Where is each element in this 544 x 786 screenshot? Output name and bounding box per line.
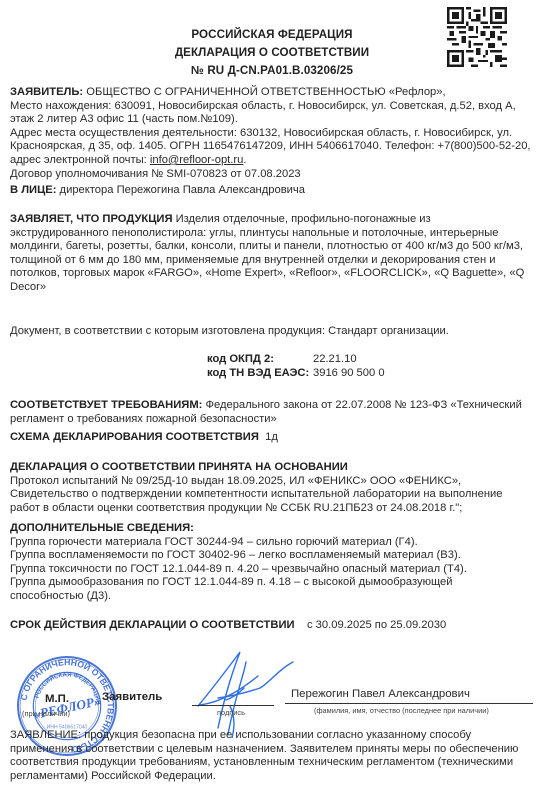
activity-address-line: Адрес места осуществления деятельности: … [10, 127, 540, 141]
person-label: В ЛИЦЕ: [10, 184, 56, 196]
registration-line: Красноярская, д 35, оф. 1405. ОГРН 11654… [10, 140, 540, 154]
basis-line: Свидетельство о подтверждении компетентн… [10, 488, 540, 502]
mp-note: (при наличии) [22, 709, 70, 718]
statement-line: ЗАЯВЛЕНИЕ: продукция безопасна при ее ис… [10, 729, 540, 743]
contract-line: Договор уполномочивания № SMI-070823 от … [10, 168, 540, 182]
requirements-label: СООТВЕТСТВУЕТ ТРЕБОВАНИЯМ: [10, 399, 202, 411]
requirements-text-line: регламент о требованиях пожарной безопас… [10, 413, 540, 427]
additional-line: способностью (Д3). [10, 590, 540, 604]
product-section: ЗАЯВЛЯЕТ, ЧТО ПРОДУКЦИЯ Изделия отделочн… [10, 213, 540, 295]
applicant-signature-label: Заявитель [102, 691, 162, 705]
person-name: директора Пережогина Павла Александрович… [56, 184, 305, 196]
product-description-line: Decor» [10, 281, 540, 295]
signatory-full-name: Пережогин Павел Александрович [291, 688, 470, 702]
applicant-address-line: Место нахождения: 630091, Новосибирская … [10, 100, 540, 114]
additional-label: ДОПОЛНИТЕЛЬНЫЕ СВЕДЕНИЯ: [10, 522, 540, 536]
product-description: Изделия отделочные, профильно-погонажные… [173, 213, 431, 225]
code-label: код ТН ВЭД ЕАЭС: [207, 367, 313, 381]
requirements-text: Федерального закона от 22.07.2008 № 123-… [202, 399, 521, 411]
code-value: 22.21.10 [313, 353, 357, 367]
signature-line [192, 705, 274, 706]
applicant-section: ЗАЯВИТЕЛЬ: ОБЩЕСТВО С ОГРАНИЧЕННОЙ ОТВЕТ… [10, 86, 540, 198]
additional-section: ДОПОЛНИТЕЛЬНЫЕ СВЕДЕНИЯ: Группа горючест… [10, 522, 540, 604]
qr-code-icon [447, 6, 507, 68]
requirements-section: СООТВЕТСТВУЕТ ТРЕБОВАНИЯМ: Федерального … [10, 399, 540, 426]
validity-section: СРОК ДЕЙСТВИЯ ДЕКЛАРАЦИИ О СООТВЕТСТВИИ … [10, 619, 540, 633]
validity-label: СРОК ДЕЙСТВИЯ ДЕКЛАРАЦИИ О СООТВЕТСТВИИ [10, 619, 295, 631]
additional-line: Группа воспламеняемости по ГОСТ 30402-96… [10, 549, 540, 563]
statement-line: соответствия продукции требованиям, уста… [10, 756, 540, 770]
basis-section: ДЕКЛАРАЦИЯ О СООТВЕТСТВИИ ПРИНЯТА НА ОСН… [10, 461, 540, 515]
applicant-name: ОБЩЕСТВО С ОГРАНИЧЕННОЙ ОТВЕТСТВЕННОСТЬЮ… [83, 86, 445, 98]
classification-codes: код ОКПД 2: 22.21.10 код ТН ВЭД ЕАЭС: 39… [207, 353, 385, 380]
name-caption: (фамилия, имя, отчество (последнее при н… [314, 706, 489, 715]
code-value: 3916 90 500 0 [313, 367, 385, 381]
basis-line: работ в области оценки соответствия прод… [10, 502, 540, 516]
product-description-line: потолков, торговых марок «FARGO», «Home … [10, 267, 540, 281]
email-link[interactable]: info@refloor-opt.ru [150, 154, 243, 166]
product-description-line: экструдированного пенополистирола: углы,… [10, 227, 540, 241]
signature-caption: подпись [217, 708, 245, 717]
document-basis-line: Документ, в соответствии с которым изгот… [10, 325, 540, 339]
scheme-section: СХЕМА ДЕКЛАРИРОВАНИЯ СООТВЕТСТВИЯ 1д [10, 431, 540, 445]
applicant-address-line: этаж 2 литер А3 офис 11 (часть пом.№109)… [10, 113, 540, 127]
basis-line: Протокол испытаний № 09/25Д-10 выдан 18.… [10, 475, 540, 489]
statement-section: ЗАЯВЛЕНИЕ: продукция безопасна при ее ис… [10, 729, 540, 783]
email-label: адрес электронной почты: [10, 154, 150, 166]
email-suffix: . [243, 154, 246, 166]
applicant-label: ЗАЯВИТЕЛЬ: [10, 86, 83, 98]
additional-line: Группа токсичности по ГОСТ 12.1.044-89 п… [10, 563, 540, 577]
name-line [285, 703, 533, 704]
mp-label: М.П. [45, 693, 69, 707]
statement-line: регламентами) Российской Федерации. [10, 770, 540, 784]
additional-line: Группа горючести материала ГОСТ 30244-94… [10, 536, 540, 550]
code-row-okpd: код ОКПД 2: 22.21.10 [207, 353, 385, 367]
additional-line: Группа дымообразования по ГОСТ 12.1.044-… [10, 576, 540, 590]
product-description-line: молдинги, багеты, розетты, балки, консол… [10, 240, 540, 254]
scheme-label: СХЕМА ДЕКЛАРИРОВАНИЯ СООТВЕТСТВИЯ [10, 431, 259, 443]
basis-label: ДЕКЛАРАЦИЯ О СООТВЕТСТВИИ ПРИНЯТА НА ОСН… [10, 461, 540, 475]
handwritten-signature-icon [188, 648, 298, 738]
scheme-value: 1д [265, 431, 278, 443]
statement-line: применения в соответствии с целевым назн… [10, 743, 540, 757]
code-row-tnved: код ТН ВЭД ЕАЭС: 3916 90 500 0 [207, 367, 385, 381]
product-label: ЗАЯВЛЯЕТ, ЧТО ПРОДУКЦИЯ [10, 213, 173, 225]
code-label: код ОКПД 2: [207, 353, 313, 367]
validity-value: с 30.09.2025 по 25.09.2030 [307, 619, 446, 631]
product-description-line: толщиной от 6 мм до 180 мм, применяемые … [10, 254, 540, 268]
